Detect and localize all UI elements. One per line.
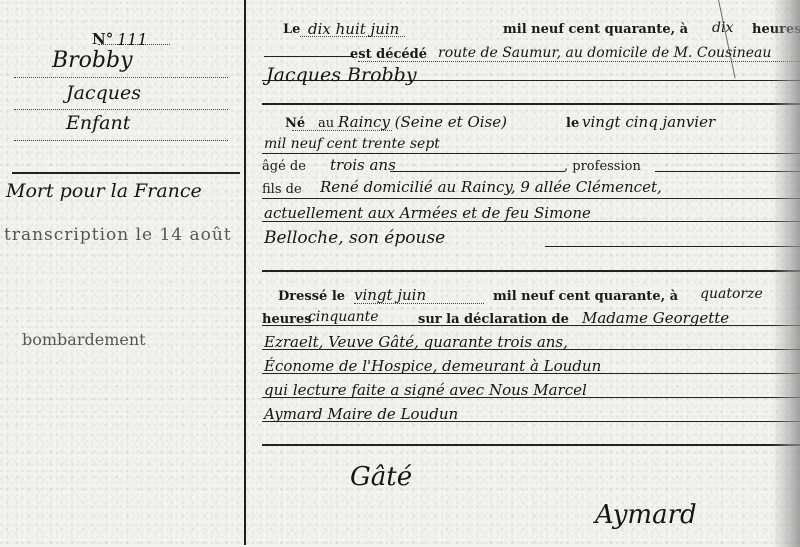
margin-line [14, 77, 228, 78]
drawn-up-minutes: cinquante [308, 309, 379, 325]
rule [390, 171, 565, 172]
rule [545, 246, 800, 247]
rule [262, 103, 800, 105]
rule [264, 56, 354, 57]
label-declaration: sur la déclaration de [418, 312, 569, 327]
label-year: mil neuf cent quarante, à [503, 22, 688, 37]
margin-rule [12, 172, 240, 174]
death-date: dix huit juin [308, 20, 399, 38]
label-heures-2: heures [262, 312, 312, 327]
rule [262, 153, 800, 154]
age-value: trois ans [330, 156, 396, 174]
pen-stroke [718, 0, 736, 78]
declarant-signature: Gâté [350, 462, 412, 492]
birth-place: Raincy (Seine et Oise) [338, 113, 507, 131]
label-profession: , profession [564, 159, 641, 174]
label-drawn-year: mil neuf cent quarante, à [493, 289, 678, 304]
mayor-signature: Aymard [595, 500, 697, 530]
deceased-full-name: Jacques Brobby [266, 64, 417, 86]
deceased-given-name: Jacques [66, 82, 141, 104]
label-age: âgé de [262, 159, 306, 174]
drawn-up-date: vingt juin [354, 286, 426, 304]
death-hour: dix [712, 20, 733, 36]
deceased-qualifier: Enfant [66, 112, 130, 134]
rule [262, 198, 800, 199]
rule [262, 444, 800, 446]
record-number: 111 [117, 30, 148, 49]
label-le: Le [283, 22, 300, 37]
declarant-name: Madame Georgette [582, 309, 729, 327]
declarant-line-3: Économe de l'Hospice, demeurant à Loudun [264, 357, 601, 375]
margin-line [14, 140, 228, 141]
death-place: route de Saumur, au domicile de M. Cousi… [438, 45, 771, 61]
rule [262, 270, 800, 272]
mother-info: Belloche, son épouse [264, 228, 445, 248]
father-info: René domicilié au Raincy, 9 allée Clémen… [320, 178, 662, 196]
label-fils-de: fils de [262, 182, 302, 197]
civil-register-page: N° 111 Brobby Jacques Enfant Mort pour l… [0, 0, 800, 547]
cause-note: bombardement [22, 330, 146, 349]
margin-line [14, 109, 228, 110]
scan-edge-shadow [772, 0, 800, 547]
label-heures: heures [752, 22, 800, 37]
label-dresse-le: Dressé le [278, 289, 345, 304]
label-au: au [318, 116, 334, 131]
label-est-decede: est décédé [350, 47, 427, 62]
record-number-label: N° [92, 30, 113, 48]
transcription-note: transcription le 14 août [4, 225, 232, 245]
mention-mort-pour-la-france: Mort pour la France [6, 180, 202, 202]
drawn-up-hour: quatorze [700, 286, 763, 302]
declarant-line-4: qui lecture faite a signé avec Nous Marc… [264, 381, 587, 399]
birth-year: mil neuf cent trente sept [264, 136, 440, 152]
birth-date: vingt cinq janvier [582, 113, 715, 131]
declarant-line-2: Ezraelt, Veuve Gâté, quarante trois ans, [264, 333, 568, 351]
label-le-birth: le [566, 116, 579, 131]
declarant-line-5: Aymard Maire de Loudun [264, 405, 458, 423]
margin-divider [244, 0, 246, 545]
label-ne: Né [285, 116, 305, 131]
rule [655, 171, 800, 172]
deceased-surname: Brobby [52, 48, 133, 73]
father-info-continued: actuellement aux Armées et de feu Simone [264, 204, 591, 222]
